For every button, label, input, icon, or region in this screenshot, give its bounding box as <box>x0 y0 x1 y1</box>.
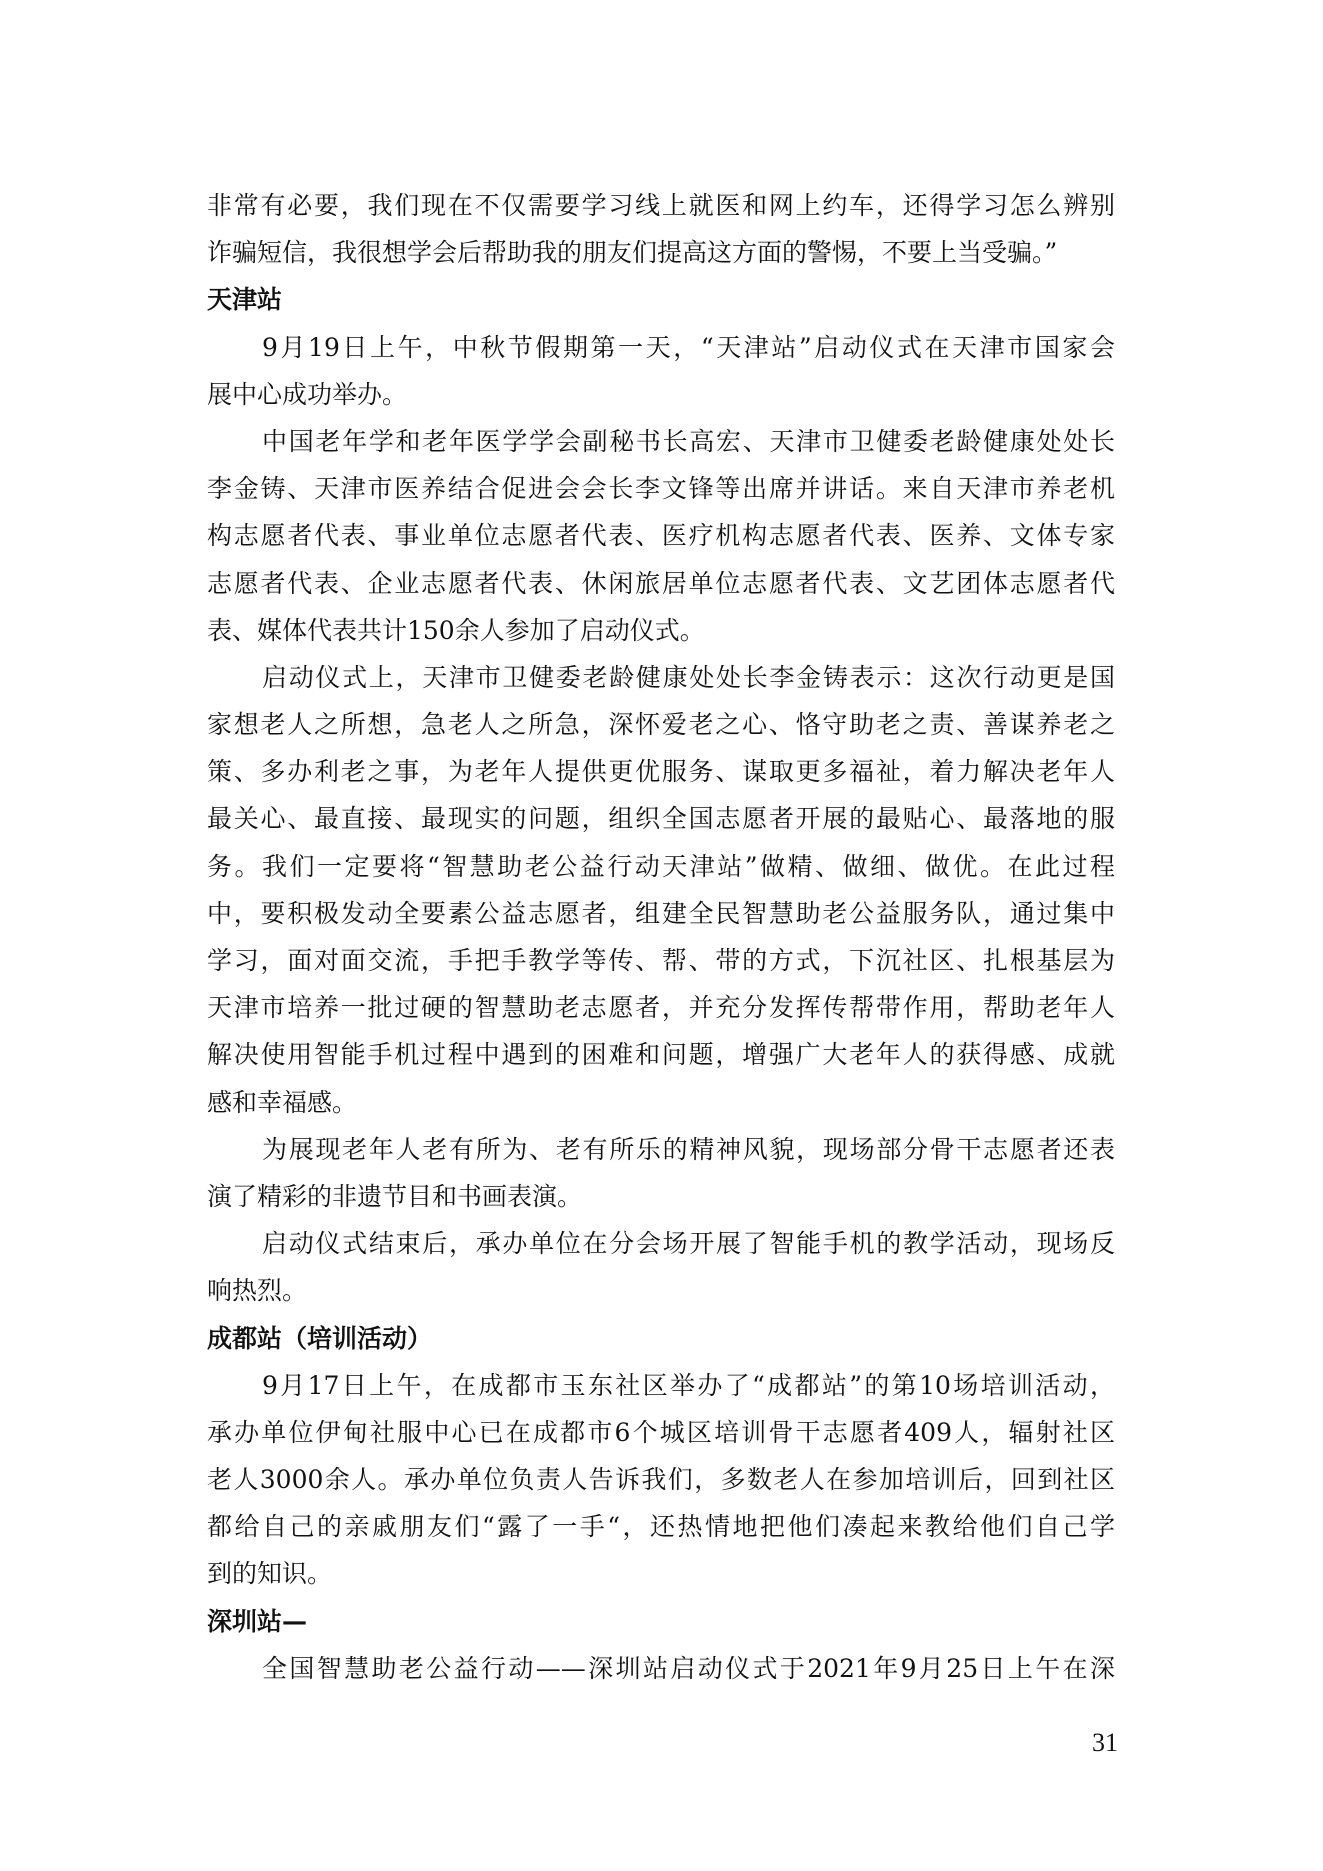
section-heading: 深圳站— <box>207 1598 1115 1645</box>
document-body: 非常有必要，我们现在不仅需要学习线上就医和网上约车，还得学习怎么辨别诈骗短信，我… <box>207 182 1115 1692</box>
text-line: 9月17日上午，在成都市玉东社区举办了“成都站”的第10场培训活动， <box>207 1362 1115 1409</box>
section-heading: 成都站（培训活动） <box>207 1315 1115 1362</box>
text-line: 最关心、最直接、最现实的问题，组织全国志愿者开展的最贴心、最落地的服 <box>207 795 1115 842</box>
text-line: 响热烈。 <box>207 1267 1115 1314</box>
text-line: 务。我们一定要将“智慧助老公益行动天津站”做精、做细、做优。在此过程 <box>207 843 1115 890</box>
text-line: 都给自己的亲戚朋友们“露了一手“，还热情地把他们凑起来教给他们自己学 <box>207 1503 1115 1550</box>
text-line: 李金铸、天津市医养结合促进会会长李文锋等出席并讲话。来自天津市养老机 <box>207 465 1115 512</box>
text-line: 志愿者代表、企业志愿者代表、休闲旅居单位志愿者代表、文艺团体志愿者代 <box>207 560 1115 607</box>
text-line: 构志愿者代表、事业单位志愿者代表、医疗机构志愿者代表、医养、文体专家 <box>207 512 1115 559</box>
text-line: 感和幸福感。 <box>207 1079 1115 1126</box>
text-line: 表、媒体代表共计150余人参加了启动仪式。 <box>207 607 1115 654</box>
text-line: 为展现老年人老有所为、老有所乐的精神风貌，现场部分骨干志愿者还表 <box>207 1126 1115 1173</box>
text-line: 承办单位伊甸社服中心已在成都市6个城区培训骨干志愿者409人，辐射社区 <box>207 1409 1115 1456</box>
text-line: 解决使用智能手机过程中遇到的困难和问题，增强广大老年人的获得感、成就 <box>207 1031 1115 1078</box>
text-line: 非常有必要，我们现在不仅需要学习线上就医和网上约车，还得学习怎么辨别 <box>207 182 1115 229</box>
page-number: 31 <box>1088 1728 1118 1758</box>
text-line: 到的知识。 <box>207 1550 1115 1597</box>
text-line: 中国老年学和老年医学学会副秘书长高宏、天津市卫健委老龄健康处处长 <box>207 418 1115 465</box>
text-line: 天津市培养一批过硬的智慧助老志愿者，并充分发挥传帮带作用，帮助老年人 <box>207 984 1115 1031</box>
text-line: 启动仪式上，天津市卫健委老龄健康处处长李金铸表示：这次行动更是国 <box>207 654 1115 701</box>
text-line: 演了精彩的非遗节目和书画表演。 <box>207 1173 1115 1220</box>
section-heading: 天津站 <box>207 276 1115 323</box>
text-line: 启动仪式结束后，承办单位在分会场开展了智能手机的教学活动，现场反 <box>207 1220 1115 1267</box>
text-line: 全国智慧助老公益行动——深圳站启动仪式于2021年9月25日上午在深 <box>207 1645 1115 1692</box>
text-line: 展中心成功举办。 <box>207 371 1115 418</box>
text-line: 中，要积极发动全要素公益志愿者，组建全民智慧助老公益服务队，通过集中 <box>207 890 1115 937</box>
text-line: 老人3000余人。承办单位负责人告诉我们，多数老人在参加培训后，回到社区 <box>207 1456 1115 1503</box>
text-line: 策、多办利老之事，为老年人提供更优服务、谋取更多福祉，着力解决老年人 <box>207 748 1115 795</box>
text-line: 家想老人之所想，急老人之所急，深怀爱老之心、恪守助老之责、善谋养老之 <box>207 701 1115 748</box>
text-line: 学习，面对面交流，手把手教学等传、帮、带的方式，下沉社区、扎根基层为 <box>207 937 1115 984</box>
text-line: 9月19日上午，中秋节假期第一天，“天津站”启动仪式在天津市国家会 <box>207 324 1115 371</box>
document-page: 非常有必要，我们现在不仅需要学习线上就医和网上约车，还得学习怎么辨别诈骗短信，我… <box>0 0 1323 1871</box>
text-line: 诈骗短信，我很想学会后帮助我的朋友们提高这方面的警惕，不要上当受骗。” <box>207 229 1115 276</box>
